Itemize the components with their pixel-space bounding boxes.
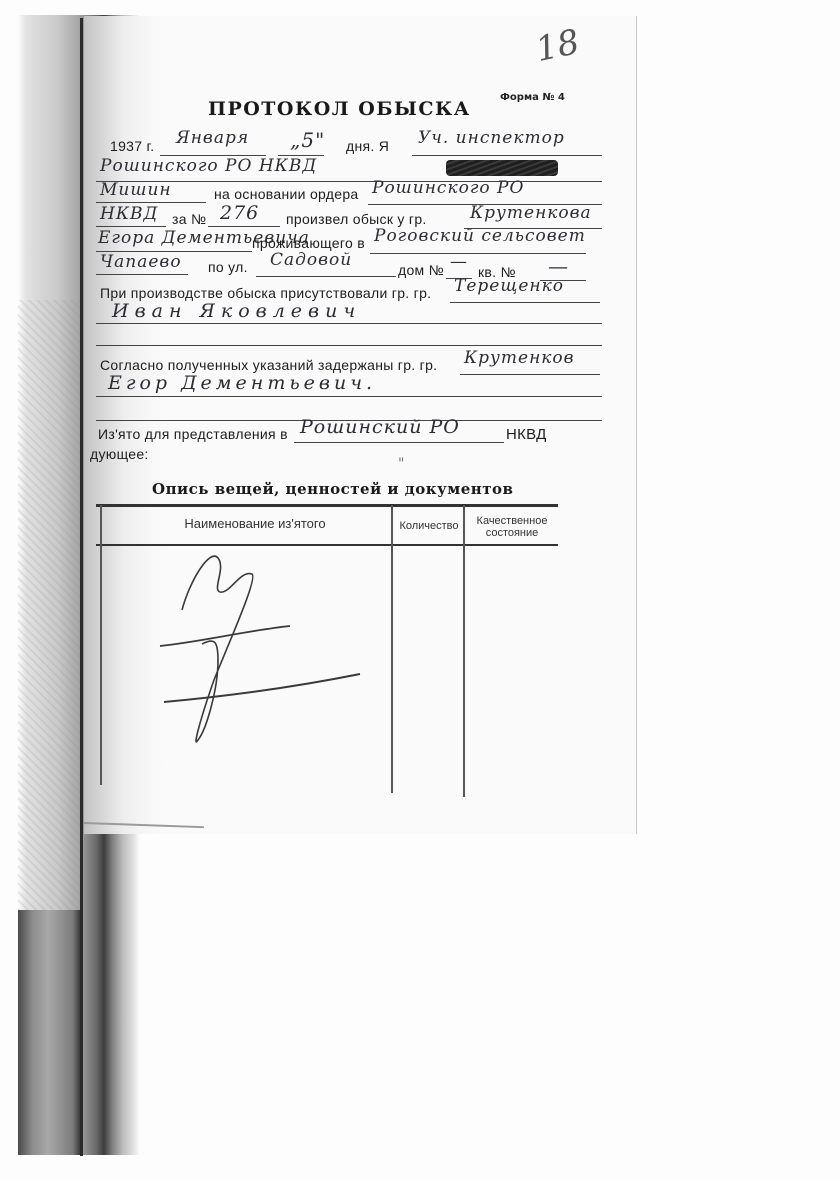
seized-destination-rule [294, 442, 504, 443]
column-header-condition: Качественное состояние [466, 515, 558, 539]
seized-destination-handwritten: Рошинский РО [300, 416, 460, 438]
residing-label: проживающего в [252, 235, 365, 251]
month-handwritten: Января [176, 128, 249, 148]
inventory-title: Опись вещей, ценностей и документов [152, 480, 513, 498]
stray-mark: " [398, 456, 404, 472]
document-title: ПРОТОКОЛ ОБЫСКА [208, 98, 471, 120]
column-header-item-name: Наименование из'ятого [120, 516, 390, 531]
inventory-top-border [96, 504, 558, 507]
house-label: дом № [398, 262, 444, 278]
detained-label: Согласно полученных указаний задержаны г… [100, 357, 437, 373]
witness-handwritten-1: Терещенко [454, 276, 564, 296]
form-number: Форма № 4 [500, 92, 565, 103]
witness-rule-3 [96, 345, 602, 346]
officer-line3-rule [96, 202, 206, 203]
day-handwritten: „5" [290, 128, 325, 152]
detained-rule-2 [96, 396, 602, 397]
residing-place2-rule [96, 274, 188, 275]
detained-handwritten-2: Егор Дементьевич. [108, 372, 376, 394]
suspect-surname-handwritten: Крутенкова [470, 203, 592, 223]
witness-rule-2 [96, 323, 602, 324]
officer-line3-handwritten: Мишин [100, 180, 172, 200]
binding-spine-line [80, 18, 83, 1156]
inventory-col-divider-2 [463, 505, 465, 797]
year-label: 1937 г. [110, 138, 154, 154]
inventory-left-border [100, 505, 102, 785]
column-header-quantity: Количество [394, 520, 464, 532]
witness-label: При производстве обыска присутствовали г… [100, 285, 431, 301]
seized-suffix-nkvd: НКВД [506, 426, 547, 443]
apt-value: — [548, 254, 569, 278]
binding-lower-shadow [18, 910, 80, 1155]
residing-place-handwritten: Роговский сельсовет [374, 226, 586, 246]
inventory-header-bottom-border [96, 544, 558, 546]
detained-handwritten-1: Крутенков [464, 348, 575, 368]
condition-header-line2: состояние [466, 527, 558, 539]
street-rule [256, 276, 396, 277]
street-label: по ул. [208, 259, 248, 275]
adjacent-page-scrap [18, 300, 80, 910]
order-no-rule [208, 226, 280, 227]
order-no-label: за № [172, 211, 206, 227]
day-label: дня. Я [346, 138, 389, 154]
officer-line1-handwritten: Уч. инспектор [418, 128, 565, 148]
order-issuer2-handwritten: НКВД [100, 204, 158, 224]
officer-line2-handwritten: Рошинского РО НКВД [100, 156, 317, 176]
order-issuer-handwritten: Рошинского РО [372, 178, 524, 198]
officer-line1-rule [412, 155, 602, 156]
seized-label: Из'ято для представления в [98, 426, 288, 442]
residing-place2-handwritten: Чапаево [100, 252, 182, 272]
order-issuer2-rule [96, 226, 166, 227]
signature-strikeout [140, 550, 400, 750]
detained-rule-1 [460, 374, 600, 375]
street-handwritten: Садовой [270, 250, 352, 270]
order-no-handwritten: 276 [220, 202, 259, 224]
condition-header-line1: Качественное [466, 515, 558, 527]
witness-rule-1 [450, 302, 600, 303]
redacted-strike-out [446, 160, 558, 176]
search-label: произвел обыск у гр. [286, 211, 427, 227]
house-value: — [450, 252, 468, 272]
witness-handwritten-2: Иван Яковлевич [112, 300, 361, 322]
following-label: дующее: [90, 446, 149, 462]
order-label: на основании ордера [214, 186, 359, 202]
